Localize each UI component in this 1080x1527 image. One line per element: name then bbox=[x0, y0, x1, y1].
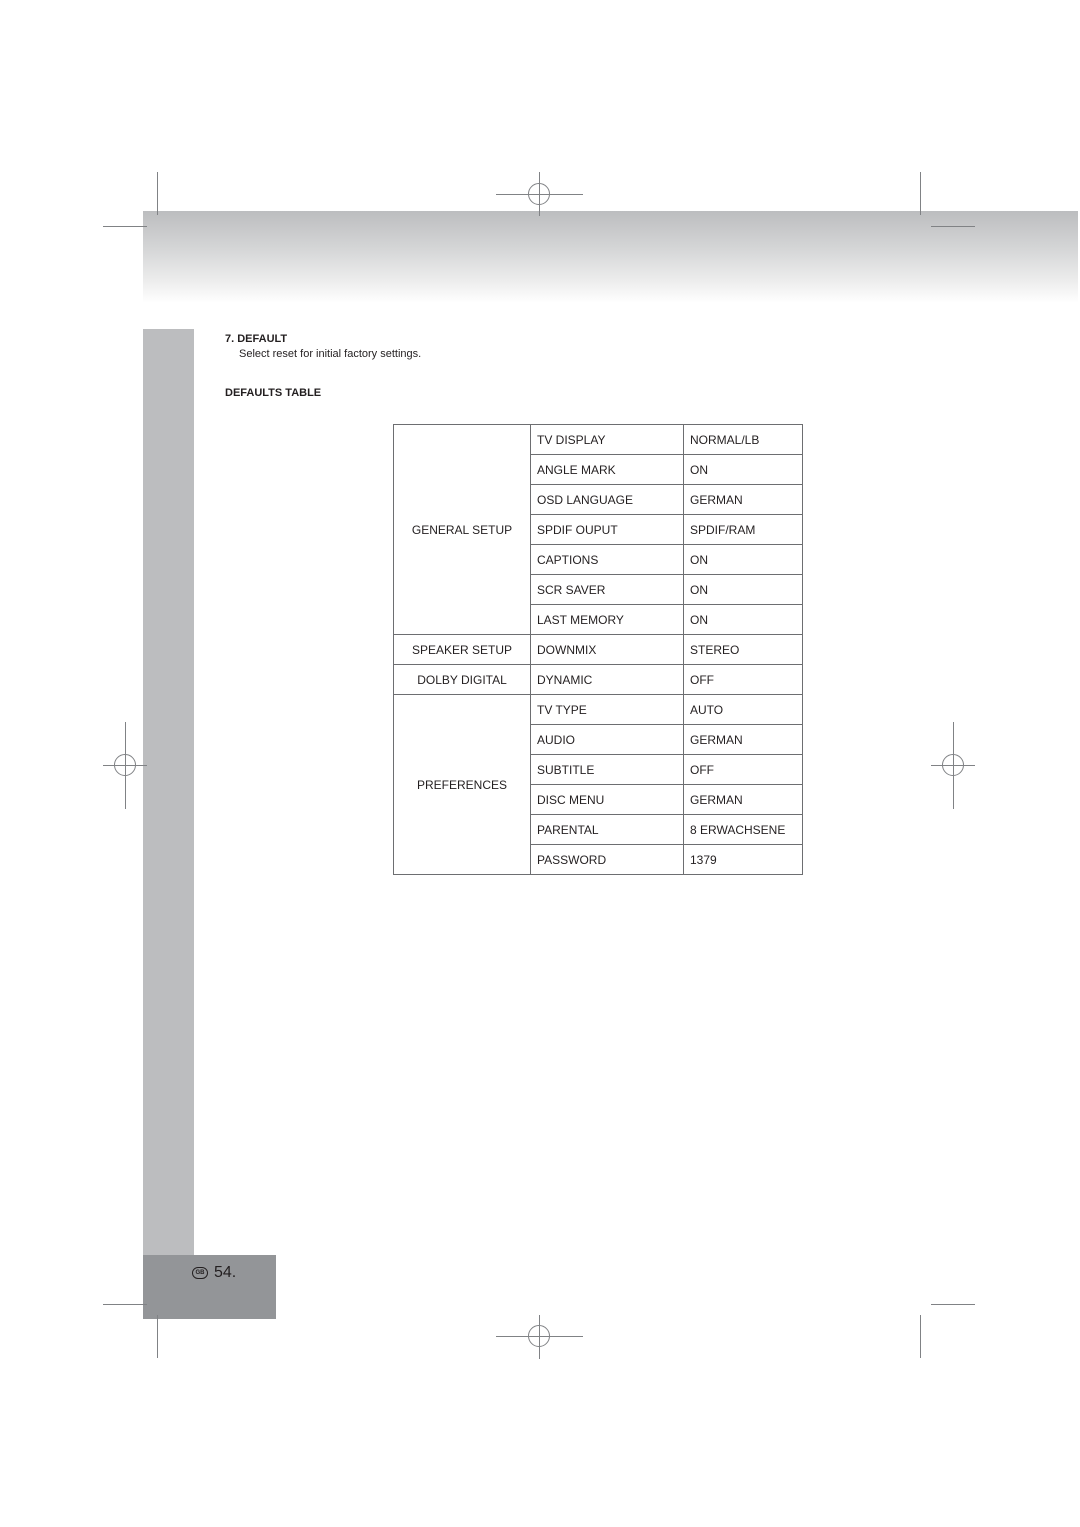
default-value: OFF bbox=[684, 755, 803, 785]
default-value: 1379 bbox=[684, 845, 803, 875]
default-value: 8 ERWACHSENE bbox=[684, 815, 803, 845]
setting-name: LAST MEMORY bbox=[531, 605, 684, 635]
setting-name: PARENTAL bbox=[531, 815, 684, 845]
default-value: SPDIF/RAM bbox=[684, 515, 803, 545]
setting-name: ANGLE MARK bbox=[531, 455, 684, 485]
side-bar bbox=[143, 329, 194, 1255]
table-title: DEFAULTS TABLE bbox=[225, 387, 321, 399]
default-value: ON bbox=[684, 545, 803, 575]
crop-mark bbox=[157, 1315, 158, 1358]
crop-mark bbox=[157, 172, 158, 215]
default-value: STEREO bbox=[684, 635, 803, 665]
default-value: ON bbox=[684, 455, 803, 485]
setting-name: SUBTITLE bbox=[531, 755, 684, 785]
crop-mark bbox=[103, 1304, 147, 1305]
table-row: PREFERENCESTV TYPEAUTO bbox=[394, 695, 803, 725]
default-value: OFF bbox=[684, 665, 803, 695]
setting-name: TV DISPLAY bbox=[531, 425, 684, 455]
setting-name: PASSWORD bbox=[531, 845, 684, 875]
section-title: 7. DEFAULT bbox=[225, 333, 287, 345]
crop-mark bbox=[920, 1315, 921, 1358]
table-row: GENERAL SETUPTV DISPLAYNORMAL/LB bbox=[394, 425, 803, 455]
group-name: PREFERENCES bbox=[394, 695, 531, 875]
setting-name: AUDIO bbox=[531, 725, 684, 755]
group-name: GENERAL SETUP bbox=[394, 425, 531, 635]
default-value: NORMAL/LB bbox=[684, 425, 803, 455]
default-value: GERMAN bbox=[684, 485, 803, 515]
table-row: DOLBY DIGITALDYNAMICOFF bbox=[394, 665, 803, 695]
page-number: GB 54. bbox=[192, 1264, 236, 1282]
setting-name: CAPTIONS bbox=[531, 545, 684, 575]
default-value: ON bbox=[684, 575, 803, 605]
default-value: ON bbox=[684, 605, 803, 635]
crop-mark bbox=[103, 226, 147, 227]
setting-name: DOWNMIX bbox=[531, 635, 684, 665]
section-description: Select reset for initial factory setting… bbox=[239, 348, 421, 360]
setting-name: OSD LANGUAGE bbox=[531, 485, 684, 515]
crop-mark bbox=[931, 226, 975, 227]
default-value: GERMAN bbox=[684, 785, 803, 815]
header-band bbox=[143, 211, 1078, 303]
default-value: AUTO bbox=[684, 695, 803, 725]
page-number-text: 54. bbox=[214, 1264, 236, 1282]
table-row: SPEAKER SETUPDOWNMIXSTEREO bbox=[394, 635, 803, 665]
crop-mark bbox=[920, 172, 921, 215]
setting-name: DYNAMIC bbox=[531, 665, 684, 695]
setting-name: SPDIF OUPUT bbox=[531, 515, 684, 545]
group-name: SPEAKER SETUP bbox=[394, 635, 531, 665]
crop-mark bbox=[931, 1304, 975, 1305]
setting-name: DISC MENU bbox=[531, 785, 684, 815]
country-badge: GB bbox=[192, 1267, 208, 1279]
setting-name: TV TYPE bbox=[531, 695, 684, 725]
default-value: GERMAN bbox=[684, 725, 803, 755]
setting-name: SCR SAVER bbox=[531, 575, 684, 605]
defaults-table: GENERAL SETUPTV DISPLAYNORMAL/LBANGLE MA… bbox=[393, 424, 803, 875]
group-name: DOLBY DIGITAL bbox=[394, 665, 531, 695]
